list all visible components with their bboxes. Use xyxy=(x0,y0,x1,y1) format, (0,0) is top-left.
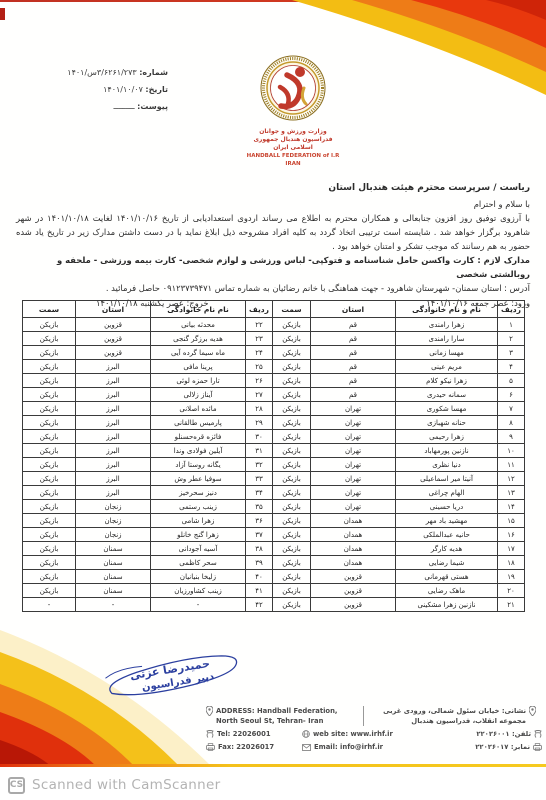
location-pin-icon xyxy=(529,706,536,716)
camscanner-badge-icon: CS xyxy=(8,777,25,794)
table-cell: بازیکن xyxy=(273,472,311,486)
table-cell: دنیا نظری xyxy=(396,458,498,472)
table-row: ۲۱نازنین زهرا مشکینیقزوینبازیکن۴۲--- xyxy=(23,598,525,612)
table-cell: ۹ xyxy=(498,430,525,444)
table-cell: زهرا رحیمی xyxy=(396,430,498,444)
table-cell: قم xyxy=(311,374,396,388)
table-cell: حنانه شهبازی xyxy=(396,416,498,430)
table-cell: بازیکن xyxy=(273,486,311,500)
federation-logo: وزارت ورزش و جوانان فدراسیون هندبال جمهو… xyxy=(243,55,343,168)
table-cell: همدان xyxy=(311,556,396,570)
table-cell: ۱۴ xyxy=(498,500,525,514)
table-row: ۱زهرا رامندیقمبازیکن۲۲محدثه بیانیقزوینبا… xyxy=(23,318,525,332)
table-cell: بازیکن xyxy=(273,360,311,374)
location-pin-icon xyxy=(206,706,213,716)
table-cell: ۱۸ xyxy=(498,556,525,570)
table-cell: بازیکن xyxy=(23,458,76,472)
table-cell: ۱۵ xyxy=(498,514,525,528)
table-cell: ۱۳ xyxy=(498,486,525,500)
table-cell: البرز xyxy=(76,444,151,458)
fax-icon xyxy=(206,743,215,751)
table-cell: هستی قهرمانی xyxy=(396,570,498,584)
caption-line-english: HANDBALL FEDERATION of I.R IRAN xyxy=(243,152,343,168)
table-cell: حانیه عبدالملکی xyxy=(396,528,498,542)
website-text: web site: www.irhf.ir xyxy=(313,729,393,739)
table-cell: ۷ xyxy=(498,402,525,416)
table-cell: بازیکن xyxy=(23,346,76,360)
table-cell: ۴۲ xyxy=(246,598,273,612)
header-cell: سمت xyxy=(273,301,311,318)
date-label: تاریخ: xyxy=(145,85,168,94)
table-cell: بازیکن xyxy=(273,500,311,514)
letter-meta: شماره: ۳/۶۲۶۱/۲۷۳س/۱۴۰۱ تاریخ: ۱۴۰۱/۱۰/۰… xyxy=(18,64,168,115)
table-cell: آیلین فولادی وندا xyxy=(151,444,246,458)
phone-icon xyxy=(534,730,542,738)
table-cell: قزوین xyxy=(76,318,151,332)
globe-icon xyxy=(302,730,310,738)
table-cell: ۳۶ xyxy=(246,514,273,528)
table-cell: بازیکن xyxy=(23,444,76,458)
tel-fa-text: تلفن: ۲۲۰۲۶۰۰۱ xyxy=(476,729,531,739)
tel-en-text: Tel: 22026001 xyxy=(217,729,271,739)
address-farsi: نشانی: خیابان سئول شمالی، ورودی غربی مجم… xyxy=(364,706,542,726)
table-row: ۳مهسا زمانیقمبازیکن۲۴ماه سیما گرده آییقز… xyxy=(23,346,525,360)
table-cell: البرز xyxy=(76,374,151,388)
table-cell: بازیکن xyxy=(273,332,311,346)
table-cell: زلیخا بنیانیان xyxy=(151,570,246,584)
table-cell: بازیکن xyxy=(273,374,311,388)
table-cell: قزوین xyxy=(311,570,396,584)
table-cell: سحر کاظمی xyxy=(151,556,246,570)
table-cell: آیناز زلالی xyxy=(151,388,246,402)
table-cell: زهرا شامی xyxy=(151,514,246,528)
table-cell: قم xyxy=(311,388,396,402)
table-cell: ۲۴ xyxy=(246,346,273,360)
bottom-edge-line xyxy=(0,764,546,767)
camscanner-text: Scanned with CamScanner xyxy=(32,777,220,793)
table-cell: البرز xyxy=(76,416,151,430)
table-cell: ۳۲ xyxy=(246,458,273,472)
table-cell: ۵ xyxy=(498,374,525,388)
table-cell: ۴ xyxy=(498,360,525,374)
table-cell: بازیکن xyxy=(23,500,76,514)
table-cell: تارا حمزه لوئی xyxy=(151,374,246,388)
table-cell: ۳ xyxy=(498,346,525,360)
attachment-value: ـــــــــ xyxy=(114,102,135,111)
table-cell: ۲۹ xyxy=(246,416,273,430)
table-row: ۱۳الهام چراغیتهرانبازیکن۳۴دنیز سحرخیزالب… xyxy=(23,486,525,500)
table-row: ۵زهرا نیکو کلامقمبازیکن۲۶تارا حمزه لوئیا… xyxy=(23,374,525,388)
table-cell: بازیکن xyxy=(273,584,311,598)
table-cell: بازیکن xyxy=(23,402,76,416)
header-cell: استان xyxy=(76,301,151,318)
table-cell: ۲۳ xyxy=(246,332,273,346)
table-cell: مریم عینی xyxy=(396,360,498,374)
table-cell: قم xyxy=(311,318,396,332)
table-cell: ماه سیما گرده آیی xyxy=(151,346,246,360)
table-cell: بازیکن xyxy=(23,318,76,332)
table-row: ۱۴دریا حسینیتهرانبازیکن۳۵زینب رستمیزنجان… xyxy=(23,500,525,514)
table-row: ۱۶حانیه عبدالملکیهمدانبازیکن۳۷زهرا گنج خ… xyxy=(23,528,525,542)
letter-body: ریاست / سرپرست محترم هیئت هندبال استان ب… xyxy=(16,181,530,310)
table-cell: همدان xyxy=(311,514,396,528)
table-cell: بازیکن xyxy=(23,430,76,444)
table-cell: ۴۰ xyxy=(246,570,273,584)
table-row: ۱۷هدیه کارگرهمدانبازیکن۳۸آسیه آجودانیسمن… xyxy=(23,542,525,556)
table-cell: سمنان xyxy=(76,556,151,570)
table-cell: زهرا رامندی xyxy=(396,318,498,332)
header-cell: نام نام خانوادگی xyxy=(151,301,246,318)
footer-contact: ADDRESS: Handball Federation, North Seou… xyxy=(206,706,542,752)
table-cell: ۳۰ xyxy=(246,430,273,444)
header-cell: استان xyxy=(311,301,396,318)
table-cell: ۶ xyxy=(498,388,525,402)
table-cell: نازنین پورمهاباد xyxy=(396,444,498,458)
table-cell: ۲۸ xyxy=(246,402,273,416)
tel-web-row: Tel: 22026001 web site: www.irhf.ir تلفن… xyxy=(206,729,542,739)
table-row: ۱۰نازنین پورمهابادتهرانبازیکن۳۱آیلین فول… xyxy=(23,444,525,458)
table-row: ۱۵مهشید باد مهرهمدانبازیکن۳۶زهرا شامیزنج… xyxy=(23,514,525,528)
table-cell: هدیه برزگر گنجی xyxy=(151,332,246,346)
letter-number: شماره: ۳/۶۲۶۱/۲۷۳س/۱۴۰۱ xyxy=(18,64,168,81)
table-cell: بازیکن xyxy=(23,556,76,570)
table-cell: بازیکن xyxy=(273,514,311,528)
caption-line-ministry: وزارت ورزش و جوانان xyxy=(243,128,343,136)
table-cell: بازیکن xyxy=(23,416,76,430)
table-cell: قزوین xyxy=(76,346,151,360)
tel-english: Tel: 22026001 xyxy=(206,729,302,739)
address-en-line1: ADDRESS: Handball Federation, xyxy=(216,706,338,716)
table-cell: البرز xyxy=(76,458,151,472)
camscanner-bar: CS Scanned with CamScanner xyxy=(0,770,546,800)
address-fa-line2: مجموعه انقلاب، فدراسیون هندبال xyxy=(383,716,526,726)
table-cell: دریا حسینی xyxy=(396,500,498,514)
table-cell: ۲۶ xyxy=(246,374,273,388)
table-cell: تهران xyxy=(311,444,396,458)
fax-en-text: Fax: 22026017 xyxy=(218,742,274,752)
table-cell: بازیکن xyxy=(23,528,76,542)
table-cell: ۲۰ xyxy=(498,584,525,598)
letter-date: تاریخ: ۱۴۰۱/۱۰/۰۷ xyxy=(18,81,168,98)
table-cell: ۱۲ xyxy=(498,472,525,486)
table-cell: شیما رضایی xyxy=(396,556,498,570)
table-cell: ۸ xyxy=(498,416,525,430)
table-cell: ۲ xyxy=(498,332,525,346)
table-cell: ۲۲ xyxy=(246,318,273,332)
table-cell: همدان xyxy=(311,528,396,542)
body-paragraph: با آرزوی توفیق روز افزون جنابعالی و همکا… xyxy=(16,211,530,253)
table-cell: بازیکن xyxy=(273,458,311,472)
table-cell: فائزه قره‌حسنلو xyxy=(151,430,246,444)
table-cell: یگانه روستا آزاد xyxy=(151,458,246,472)
table-cell: ۳۴ xyxy=(246,486,273,500)
table-cell: قم xyxy=(311,360,396,374)
table-cell: البرز xyxy=(76,430,151,444)
table-row: ۱۲آنیتا میر اسماعیلیتهرانبازیکن۳۳سوفیا ع… xyxy=(23,472,525,486)
table-cell: بازیکن xyxy=(273,402,311,416)
table-cell: - xyxy=(76,598,151,612)
table-cell: قم xyxy=(311,332,396,346)
recipient-line: ریاست / سرپرست محترم هیئت هندبال استان xyxy=(16,181,530,195)
table-cell: بازیکن xyxy=(273,528,311,542)
table-cell: بازیکن xyxy=(273,430,311,444)
table-cell: ۲۵ xyxy=(246,360,273,374)
table-cell: بازیکن xyxy=(23,570,76,584)
table-cell: ۳۹ xyxy=(246,556,273,570)
table-cell: ۳۳ xyxy=(246,472,273,486)
table-cell: پرینا مافی xyxy=(151,360,246,374)
table-cell: قم xyxy=(311,346,396,360)
table-row: ۲سارا رامندیقمبازیکن۲۳هدیه برزگر گنجیقزو… xyxy=(23,332,525,346)
fax-fa-text: نمابر: ۲۲۰۲۶۰۱۷ xyxy=(475,742,530,752)
table-cell: نازنین زهرا مشکینی xyxy=(396,598,498,612)
table-cell: البرز xyxy=(76,472,151,486)
table-cell: مهسا شکوری xyxy=(396,402,498,416)
table-cell: ۱ xyxy=(498,318,525,332)
salutation-line: با سلام و احترام xyxy=(16,197,530,211)
website: web site: www.irhf.ir xyxy=(302,729,450,739)
table-cell: ۳۷ xyxy=(246,528,273,542)
table-cell: مائده اصلانی xyxy=(151,402,246,416)
table-cell: سمنان xyxy=(76,542,151,556)
table-cell: زهرا گنج خانلو xyxy=(151,528,246,542)
table-cell: قزوین xyxy=(311,598,396,612)
letter-attachment: پیوست: ـــــــــ xyxy=(18,98,168,115)
table-row: ۹زهرا رحیمیتهرانبازیکن۳۰فائزه قره‌حسنلوا… xyxy=(23,430,525,444)
table-cell: بازیکن xyxy=(23,388,76,402)
table-row: ۸حنانه شهبازیتهرانبازیکن۲۹پارمیس طالقانی… xyxy=(23,416,525,430)
number-label: شماره: xyxy=(139,68,168,77)
table-cell: آنیتا میر اسماعیلی xyxy=(396,472,498,486)
date-value: ۱۴۰۱/۱۰/۰۷ xyxy=(103,85,143,94)
roster-table-body: ۱زهرا رامندیقمبازیکن۲۲محدثه بیانیقزوینبا… xyxy=(23,318,525,612)
table-cell: سمنان xyxy=(76,584,151,598)
table-row: ۱۱دنیا نظریتهرانبازیکن۳۲یگانه روستا آزاد… xyxy=(23,458,525,472)
table-cell: دنیز سحرخیز xyxy=(151,486,246,500)
table-cell: سوفیا عطر وش xyxy=(151,472,246,486)
table-cell: بازیکن xyxy=(273,598,311,612)
table-cell: ۳۵ xyxy=(246,500,273,514)
table-row: ۱۸شیما رضاییهمدانبازیکن۳۹سحر کاظمیسمنانب… xyxy=(23,556,525,570)
caption-line-federation: فدراسیون هندبال جمهوری اسلامی ایران xyxy=(243,136,343,152)
table-row: ۴مریم عینیقمبازیکن۲۵پرینا مافیالبرزبازیک… xyxy=(23,360,525,374)
table-cell: بازیکن xyxy=(273,556,311,570)
table-cell: - xyxy=(23,598,76,612)
table-cell: بازیکن xyxy=(273,444,311,458)
table-row: ۱۹هستی قهرمانیقزوینبازیکن۴۰زلیخا بنیانیا… xyxy=(23,570,525,584)
table-row: ۲۰ماهک رضاییقزوینبازیکن۴۱زینب کشاورزیانس… xyxy=(23,584,525,598)
table-cell: بازیکن xyxy=(23,472,76,486)
address-en-line2: North Seoul St, Tehran- Iran xyxy=(216,716,338,726)
table-cell: البرز xyxy=(76,486,151,500)
table-cell: البرز xyxy=(76,402,151,416)
table-cell: زینب رستمی xyxy=(151,500,246,514)
table-cell: الهام چراغی xyxy=(396,486,498,500)
header-cell: نام و نام خانوادگی xyxy=(396,301,498,318)
table-cell: زینب کشاورزیان xyxy=(151,584,246,598)
table-cell: هدیه کارگر xyxy=(396,542,498,556)
federation-caption: وزارت ورزش و جوانان فدراسیون هندبال جمهو… xyxy=(243,128,343,168)
header-row: ردیفنام و نام خانوادگیاستانسمتردیفنام نا… xyxy=(23,301,525,318)
table-cell: بازیکن xyxy=(273,542,311,556)
header-cell: ردیف xyxy=(498,301,525,318)
table-cell: ۱۱ xyxy=(498,458,525,472)
table-cell: قزوین xyxy=(76,332,151,346)
roster-table-head: ردیفنام و نام خانوادگیاستانسمتردیفنام نا… xyxy=(23,301,525,318)
table-cell: بازیکن xyxy=(273,388,311,402)
email-icon xyxy=(302,744,311,751)
header-cell: سمت xyxy=(23,301,76,318)
phone-icon xyxy=(206,730,214,738)
table-cell: مهشید باد مهر xyxy=(396,514,498,528)
table-cell: بازیکن xyxy=(23,360,76,374)
address-english: ADDRESS: Handball Federation, North Seou… xyxy=(206,706,364,726)
table-cell: تهران xyxy=(311,458,396,472)
left-edge-mark xyxy=(0,8,5,20)
table-cell: زهرا نیکو کلام xyxy=(396,374,498,388)
table-cell: بازیکن xyxy=(23,332,76,346)
attachment-label: پیوست: xyxy=(137,102,168,111)
table-row: ۶سمانه حیدریقمبازیکن۲۷آیناز زلالیالبرزبا… xyxy=(23,388,525,402)
table-cell: ۱۶ xyxy=(498,528,525,542)
table-cell: بازیکن xyxy=(273,318,311,332)
table-cell: تهران xyxy=(311,402,396,416)
table-cell: ۲۱ xyxy=(498,598,525,612)
table-cell: محدثه بیانی xyxy=(151,318,246,332)
table-cell: آسیه آجودانی xyxy=(151,542,246,556)
table-cell: بازیکن xyxy=(23,486,76,500)
table-cell: ۲۷ xyxy=(246,388,273,402)
roster-table: ردیفنام و نام خانوادگیاستانسمتردیفنام نا… xyxy=(22,300,525,612)
table-cell: بازیکن xyxy=(23,542,76,556)
fax-english: Fax: 22026017 xyxy=(206,742,302,752)
address-row: ADDRESS: Handball Federation, North Seou… xyxy=(206,706,542,726)
email-text: Email: info@irhf.ir xyxy=(314,742,383,752)
table-cell: زنجان xyxy=(76,528,151,542)
table-cell: ۴۱ xyxy=(246,584,273,598)
camp-address-line: آدرس : استان سمنان- شهرستان شاهرود - جهت… xyxy=(16,281,530,295)
required-documents-line: مدارک لازم : کارت واکسن حامل شناسنامه و … xyxy=(16,253,530,281)
table-cell: تهران xyxy=(311,500,396,514)
table-cell: البرز xyxy=(76,360,151,374)
table-cell: ۱۷ xyxy=(498,542,525,556)
table-cell: مهسا زمانی xyxy=(396,346,498,360)
fax-icon xyxy=(533,743,542,751)
table-cell: ماهک رضایی xyxy=(396,584,498,598)
table-cell: تهران xyxy=(311,472,396,486)
table-cell: سمانه حیدری xyxy=(396,388,498,402)
table-cell: بازیکن xyxy=(273,416,311,430)
email: Email: info@irhf.ir xyxy=(302,742,450,752)
table-cell: البرز xyxy=(76,388,151,402)
handball-federation-emblem-icon xyxy=(260,55,326,121)
scanned-letter-page: شماره: ۳/۶۲۶۱/۲۷۳س/۱۴۰۱ تاریخ: ۱۴۰۱/۱۰/۰… xyxy=(0,0,546,800)
table-cell: ۱۰ xyxy=(498,444,525,458)
table-cell: بازیکن xyxy=(23,514,76,528)
number-value: ۳/۶۲۶۱/۲۷۳س/۱۴۰۱ xyxy=(67,68,136,77)
address-fa-line1: نشانی: خیابان سئول شمالی، ورودی غربی xyxy=(383,706,526,716)
table-cell: پارمیس طالقانی xyxy=(151,416,246,430)
table-cell: - xyxy=(151,598,246,612)
table-cell: زنجان xyxy=(76,514,151,528)
tel-farsi: تلفن: ۲۲۰۲۶۰۰۱ xyxy=(450,729,542,739)
table-cell: بازیکن xyxy=(23,584,76,598)
table-cell: همدان xyxy=(311,542,396,556)
fax-farsi: نمابر: ۲۲۰۲۶۰۱۷ xyxy=(450,742,542,752)
table-cell: تهران xyxy=(311,416,396,430)
table-row: ۷مهسا شکوریتهرانبازیکن۲۸مائده اصلانیالبر… xyxy=(23,402,525,416)
table-cell: بازیکن xyxy=(273,346,311,360)
table-cell: ۳۱ xyxy=(246,444,273,458)
table-cell: ۱۹ xyxy=(498,570,525,584)
fax-email-row: Fax: 22026017 Email: info@irhf.ir نمابر:… xyxy=(206,742,542,752)
table-cell: تهران xyxy=(311,486,396,500)
header-cell: ردیف xyxy=(246,301,273,318)
table-cell: تهران xyxy=(311,430,396,444)
table-cell: قزوین xyxy=(311,584,396,598)
table-cell: سمنان xyxy=(76,570,151,584)
table-cell: زنجان xyxy=(76,500,151,514)
table-cell: ۳۸ xyxy=(246,542,273,556)
table-cell: بازیکن xyxy=(23,374,76,388)
table-cell: سارا رامندی xyxy=(396,332,498,346)
table-cell: بازیکن xyxy=(273,570,311,584)
